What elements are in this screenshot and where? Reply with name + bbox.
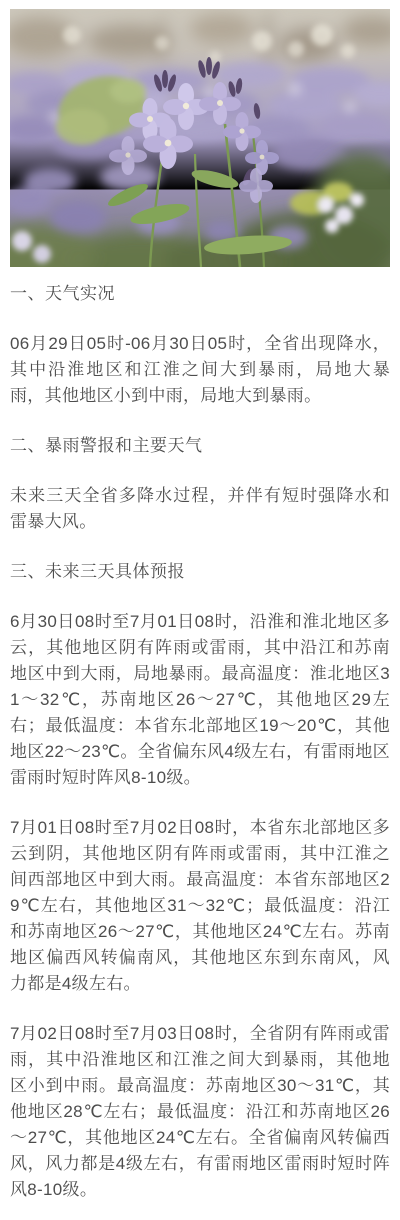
flower-field-illustration bbox=[10, 9, 390, 267]
section-heading-weather-observation: 一、天气实况 bbox=[10, 281, 390, 307]
header-flower-photo bbox=[10, 9, 390, 267]
section-heading-rainstorm-warning: 二、暴雨警报和主要天气 bbox=[10, 433, 390, 459]
paragraph-forecast-day2: 7月01日08时至7月02日08时，本省东北部地区多云到阴，其他地区阴有阵雨或雷… bbox=[10, 815, 390, 997]
paragraph-warning: 未来三天全省多降水过程，并伴有短时强降水和雷暴大风。 bbox=[10, 483, 390, 535]
section-heading-three-day-forecast: 三、未来三天具体预报 bbox=[10, 559, 390, 585]
paragraph-forecast-day3: 7月02日08时至7月03日08时，全省阴有阵雨或雷雨，其中沿淮地区和江淮之间大… bbox=[10, 1021, 390, 1203]
article-body: 一、天气实况 06月29日05时-06月30日05时，全省出现降水，其中沿淮地区… bbox=[10, 281, 390, 1203]
paragraph-forecast-day1: 6月30日08时至7月01日08时，沿淮和淮北地区多云，其他地区阴有阵雨或雷雨，… bbox=[10, 609, 390, 791]
article-page: 一、天气实况 06月29日05时-06月30日05时，全省出现降水，其中沿淮地区… bbox=[0, 0, 400, 1220]
paragraph-observation: 06月29日05时-06月30日05时，全省出现降水，其中沿淮地区和江淮之间大到… bbox=[10, 331, 390, 409]
